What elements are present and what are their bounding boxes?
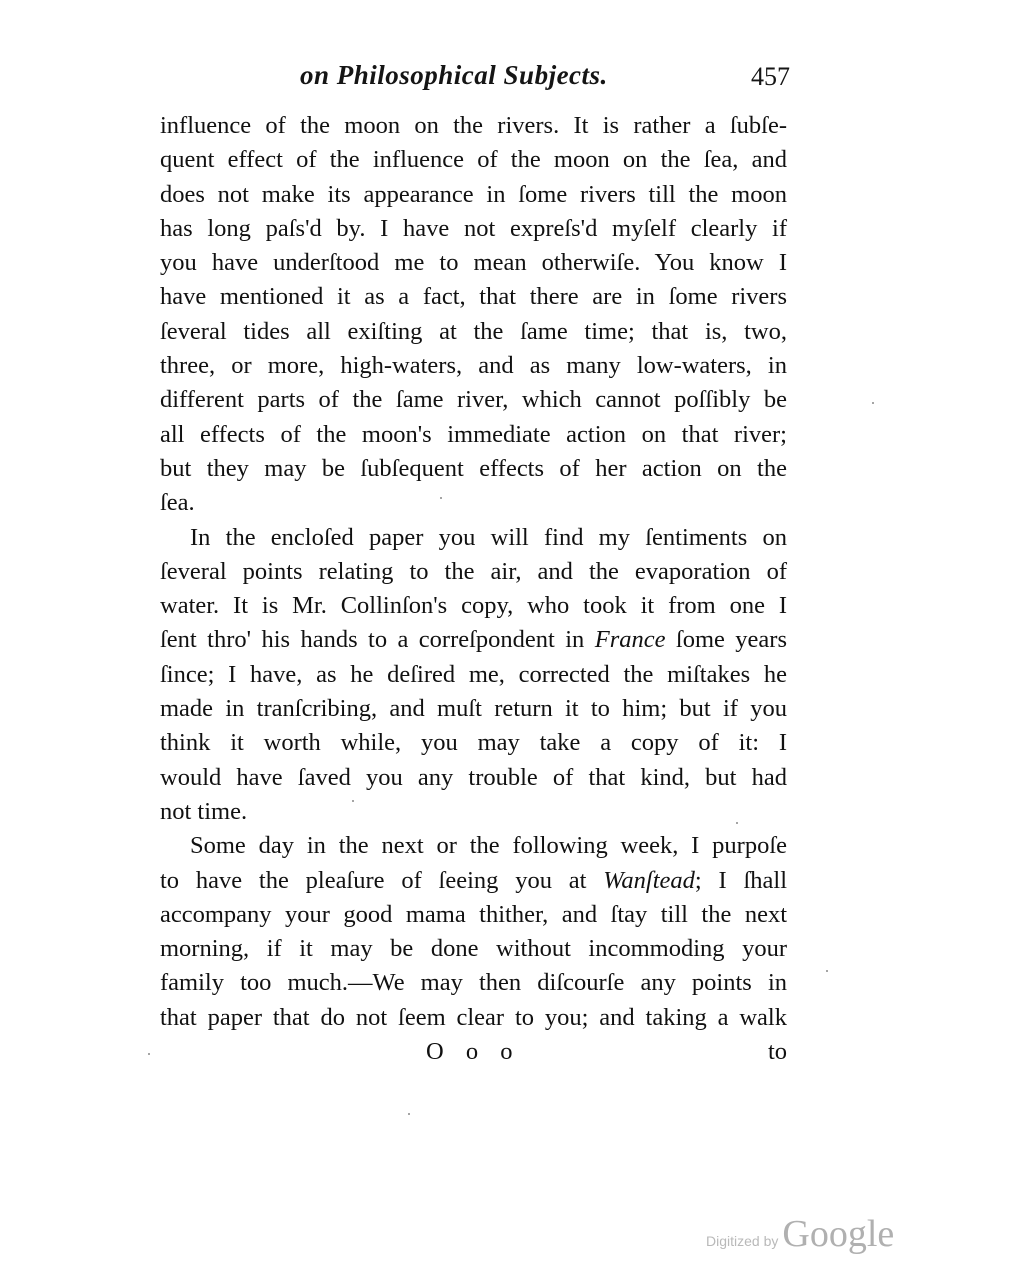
- text-line: but they may be ſubſequent effects of he…: [160, 452, 787, 486]
- watermark-brand: Google: [782, 1212, 894, 1256]
- catchword: to: [768, 1038, 787, 1066]
- scan-speck: [872, 402, 874, 404]
- text-line: Some day in the next or the following we…: [160, 829, 787, 863]
- text-line: not time.: [160, 795, 787, 829]
- italic-word: Wanſtead: [603, 867, 695, 894]
- text-line: water. It is Mr. Collinſon's copy, who t…: [160, 589, 787, 623]
- page-footer: O o o to: [160, 1038, 787, 1072]
- text-line: In the encloſed paper you will find my ſ…: [160, 521, 787, 555]
- text-line: family too much.—We may then diſcourſe a…: [160, 966, 787, 1000]
- text-line: does not make its appearance in ſome riv…: [160, 178, 787, 212]
- text-line: have mentioned it as a fact, that there …: [160, 280, 787, 314]
- running-title: on Philosophical Subjects.: [300, 60, 608, 91]
- text-line: influence of the moon on the rivers. It …: [160, 109, 787, 143]
- scan-speck: [408, 1113, 410, 1115]
- scan-speck: [826, 970, 828, 972]
- italic-word: France: [595, 626, 666, 653]
- signature-mark: O o o: [426, 1038, 520, 1066]
- digitized-watermark: Digitized by Google: [706, 1212, 894, 1256]
- text-line-with-italic: ſent thro' his hands to a correſpondent …: [160, 623, 787, 657]
- scan-speck: [352, 800, 354, 802]
- text-line: ſeveral points relating to the air, and …: [160, 555, 787, 589]
- text-line: three, or more, high-waters, and as many…: [160, 349, 787, 383]
- text-line: quent effect of the influence of the moo…: [160, 143, 787, 177]
- text-line-with-italic: to have the pleaſure of ſeeing you at Wa…: [160, 864, 787, 898]
- text-line: has long paſs'd by. I have not expreſs'd…: [160, 212, 787, 246]
- scan-speck: [440, 497, 442, 499]
- text-line: accompany your good mama thither, and ſt…: [160, 898, 787, 932]
- text-line: think it worth while, you may take a cop…: [160, 726, 787, 760]
- watermark-prefix: Digitized by: [706, 1233, 778, 1249]
- text-line: different parts of the ſame river, which…: [160, 383, 787, 417]
- text-line: ſeveral tides all exiſting at the ſame t…: [160, 315, 787, 349]
- scan-speck: [148, 1053, 150, 1055]
- text-line: made in tranſcribing, and muſt return it…: [160, 692, 787, 726]
- running-head: on Philosophical Subjects. 457: [290, 60, 790, 100]
- body-text: influence of the moon on the rivers. It …: [160, 109, 787, 1035]
- text-line: would have ſaved you any trouble of that…: [160, 761, 787, 795]
- text-line: ſince; I have, as he deſired me, correct…: [160, 658, 787, 692]
- text-line: all effects of the moon's immediate acti…: [160, 418, 787, 452]
- book-page: on Philosophical Subjects. 457 influence…: [0, 0, 1014, 1282]
- text-line: morning, if it may be done without incom…: [160, 932, 787, 966]
- text-line: ſea.: [160, 486, 787, 520]
- scan-speck: [736, 822, 738, 824]
- page-number: 457: [751, 62, 790, 92]
- text-line: that paper that do not ſeem clear to you…: [160, 1001, 787, 1035]
- text-line: you have underſtood me to mean otherwiſe…: [160, 246, 787, 280]
